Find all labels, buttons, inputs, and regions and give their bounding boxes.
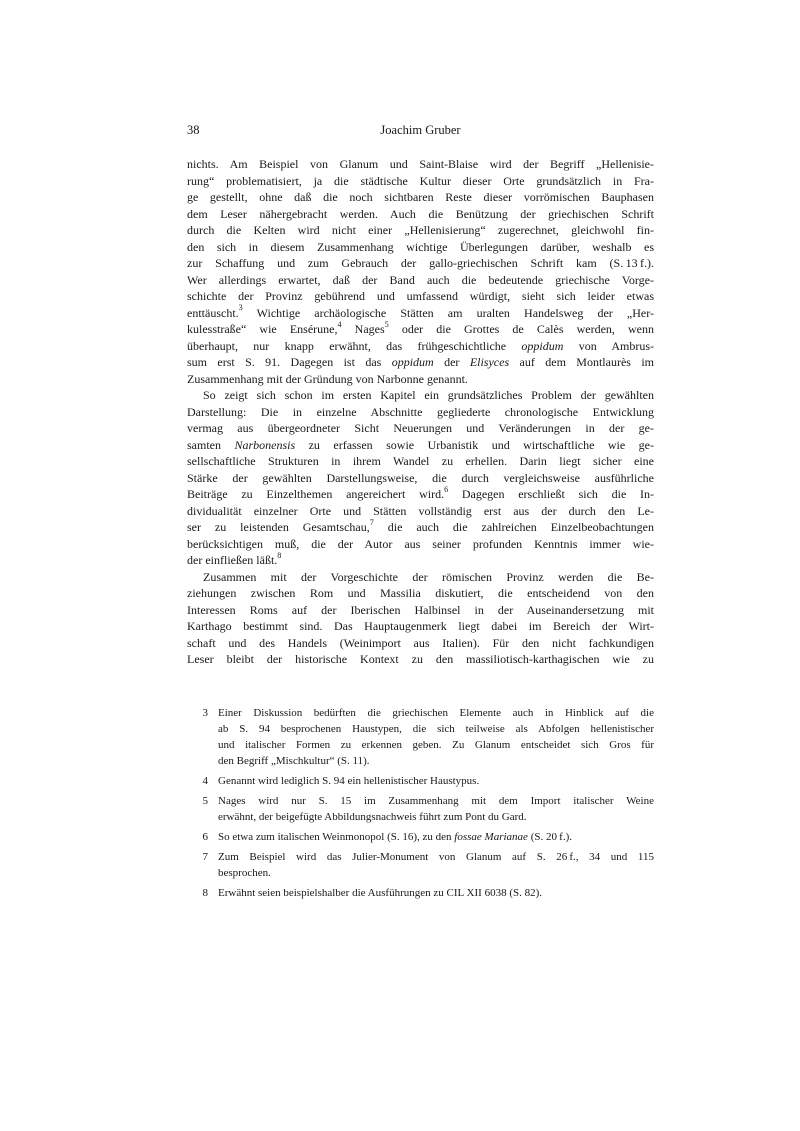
text-line: überhaupt, nur knapp erwähnt, das frühge… bbox=[187, 338, 654, 355]
footnote-number: 3 bbox=[187, 705, 218, 769]
text-line: schichte der Provinz gebührend und umfas… bbox=[187, 288, 654, 305]
paragraph: nichts. Am Beispiel von Glanum und Saint… bbox=[187, 156, 654, 387]
text-segment: überhaupt, nur knapp erwähnt, das frühge… bbox=[187, 339, 521, 353]
text-segment: Interessen Roms auf der Iberischen Halbi… bbox=[187, 603, 654, 617]
text-line: berücksichtigen muß, die der Autor aus s… bbox=[187, 536, 654, 553]
text-line: Nages wird nur S. 15 im Zusammenhang mit… bbox=[218, 793, 654, 809]
text-segment: Genannt wird lediglich S. 94 ein helleni… bbox=[218, 775, 479, 787]
text-line: Zusammen mit der Vorgeschichte der römis… bbox=[187, 569, 654, 586]
text-segment: Wer allerdings erwartet, daß der Band au… bbox=[187, 273, 654, 287]
footnote: 8Erwähnt seien beispielshalber die Ausfü… bbox=[187, 885, 654, 901]
text-line: der einfließen läßt.8 bbox=[187, 552, 654, 569]
text-segment: ziehungen zwischen Rom und Massilia disk… bbox=[187, 586, 654, 600]
text-line: sum erst S. 91. Dagegen ist das oppidum … bbox=[187, 354, 654, 371]
footnote-text: Erwähnt seien beispielshalber die Ausfüh… bbox=[218, 885, 654, 901]
text-segment: Karthago bestimmt sind. Das Hauptaugenme… bbox=[187, 619, 654, 633]
text-line: ab S. 94 besprochenen Haustypen, die sic… bbox=[218, 721, 654, 737]
text-segment: dem Leser nähergebracht werden. Auch die… bbox=[187, 207, 654, 221]
text-segment: Dagegen erschließt sich die In- bbox=[448, 487, 654, 501]
text-segment: ge gestellt, ohne daß die noch sichtbare… bbox=[187, 190, 654, 204]
text-segment: Einer Diskussion bedürften die griechisc… bbox=[218, 707, 654, 719]
running-title: Joachim Gruber bbox=[187, 122, 654, 139]
text-segment: schaft und des Handels (Weinimport aus I… bbox=[187, 636, 654, 650]
text-segment: schichte der Provinz gebührend und umfas… bbox=[187, 289, 654, 303]
text-segment: die auch die zahlreichen Einzelbeobachtu… bbox=[374, 520, 654, 534]
text-line: den sich in diesem Zusammenhang wichtige… bbox=[187, 239, 654, 256]
footnote-text: Zum Beispiel wird das Julier-Monument vo… bbox=[218, 849, 654, 881]
footnote: 5Nages wird nur S. 15 im Zusammenhang mi… bbox=[187, 793, 654, 825]
text-segment: Erwähnt seien beispielshalber die Ausfüh… bbox=[218, 887, 542, 899]
text-line: ser zu leistenden Gesamtschau,7 die auch… bbox=[187, 519, 654, 536]
text-line: dem Leser nähergebracht werden. Auch die… bbox=[187, 206, 654, 223]
body-text: nichts. Am Beispiel von Glanum und Saint… bbox=[187, 156, 654, 668]
text-line: und italischer Formen zu erkennen geben.… bbox=[218, 737, 654, 753]
italic-text: Narbonensis bbox=[234, 438, 295, 452]
text-segment: Nages bbox=[342, 322, 385, 336]
text-line: ziehungen zwischen Rom und Massilia disk… bbox=[187, 585, 654, 602]
page-number: 38 bbox=[187, 122, 200, 139]
text-segment: Zum Beispiel wird das Julier-Monument vo… bbox=[218, 851, 654, 863]
text-line: sellschaftliche Strukturen in ihrem Wand… bbox=[187, 453, 654, 470]
text-line: Beiträge zu Einzelthemen angereichert wi… bbox=[187, 486, 654, 503]
text-segment: vermag aus übergeordneter Sicht Neuerung… bbox=[187, 421, 654, 435]
text-segment: durch die Kelten wird nicht einer „Helle… bbox=[187, 223, 654, 237]
text-segment: (S. 20 f.). bbox=[528, 831, 572, 843]
text-line: So zeigt sich schon im ersten Kapitel ei… bbox=[187, 387, 654, 404]
italic-text: oppidum bbox=[392, 355, 434, 369]
text-line: Zum Beispiel wird das Julier-Monument vo… bbox=[218, 849, 654, 865]
text-segment: Zusammenhang mit der Gründung von Narbon… bbox=[187, 372, 468, 386]
footnote-number: 8 bbox=[187, 885, 218, 901]
footnote-ref: 8 bbox=[277, 551, 281, 560]
footnote-text: Nages wird nur S. 15 im Zusammenhang mit… bbox=[218, 793, 654, 825]
text-line: Darstellung: Die in einzelne Abschnitte … bbox=[187, 404, 654, 421]
text-segment: von Ambrus- bbox=[563, 339, 654, 353]
footnote-ref: 5 bbox=[385, 320, 389, 329]
footnote: 6So etwa zum italischen Weinmonopol (S. … bbox=[187, 829, 654, 845]
text-line: Zusammenhang mit der Gründung von Narbon… bbox=[187, 371, 654, 388]
text-segment: und italischer Formen zu erkennen geben.… bbox=[218, 739, 654, 751]
text-line: enttäuscht.3 Wichtige archäologische Stä… bbox=[187, 305, 654, 322]
footnote-number: 5 bbox=[187, 793, 218, 825]
text-segment: Wichtige archäologische Stätten am uralt… bbox=[243, 306, 654, 320]
text-line: schaft und des Handels (Weinimport aus I… bbox=[187, 635, 654, 652]
footnote-ref: 3 bbox=[239, 303, 243, 312]
text-line: vermag aus übergeordneter Sicht Neuerung… bbox=[187, 420, 654, 437]
text-segment: sellschaftliche Strukturen in ihrem Wand… bbox=[187, 454, 654, 468]
text-segment: oder die Grottes de Calès werden, wenn bbox=[389, 322, 654, 336]
italic-text: Elisyces bbox=[470, 355, 509, 369]
text-segment: den Begriff „Mischkultur“ (S. 11). bbox=[218, 755, 370, 767]
text-line: dividualität einzelner Orte und Stätten … bbox=[187, 503, 654, 520]
footnote-number: 7 bbox=[187, 849, 218, 881]
text-line: besprochen. bbox=[218, 865, 654, 881]
text-line: So etwa zum italischen Weinmonopol (S. 1… bbox=[218, 829, 654, 845]
text-line: Erwähnt seien beispielshalber die Ausfüh… bbox=[218, 885, 654, 901]
text-segment: sum erst S. 91. Dagegen ist das bbox=[187, 355, 392, 369]
text-segment: besprochen. bbox=[218, 867, 271, 879]
italic-text: oppidum bbox=[521, 339, 563, 353]
text-line: rung“ problematisiert, ja die städtische… bbox=[187, 173, 654, 190]
text-segment: So etwa zum italischen Weinmonopol (S. 1… bbox=[218, 831, 454, 843]
text-segment: rung“ problematisiert, ja die städtische… bbox=[187, 174, 654, 188]
text-segment: zu erfassen sowie Urbanistik und wirtsch… bbox=[295, 438, 654, 452]
text-segment: ser zu leistenden Gesamtschau, bbox=[187, 520, 370, 534]
text-segment: So zeigt sich schon im ersten Kapitel ei… bbox=[203, 388, 654, 402]
footnote-number: 4 bbox=[187, 773, 218, 789]
footnote: 7Zum Beispiel wird das Julier-Monument v… bbox=[187, 849, 654, 881]
footnote-text: So etwa zum italischen Weinmonopol (S. 1… bbox=[218, 829, 654, 845]
text-segment: Stärke der gewählten Darstellungsweise, … bbox=[187, 471, 654, 485]
text-segment: zur Schaffung und zum Gebrauch der gallo… bbox=[187, 256, 654, 270]
text-segment: Darstellung: Die in einzelne Abschnitte … bbox=[187, 405, 654, 419]
text-line: zur Schaffung und zum Gebrauch der gallo… bbox=[187, 255, 654, 272]
text-line: Stärke der gewählten Darstellungsweise, … bbox=[187, 470, 654, 487]
footnote: 4Genannt wird lediglich S. 94 ein hellen… bbox=[187, 773, 654, 789]
text-line: erwähnt, der beigefügte Abbildungsnachwe… bbox=[218, 809, 654, 825]
footnotes-section: 3Einer Diskussion bedürften die griechis… bbox=[187, 705, 654, 901]
text-segment: der einfließen läßt. bbox=[187, 553, 277, 567]
footnote-ref: 7 bbox=[370, 518, 374, 527]
italic-text: fossae Marianae bbox=[454, 831, 528, 843]
footnote-text: Genannt wird lediglich S. 94 ein helleni… bbox=[218, 773, 654, 789]
text-segment: Nages wird nur S. 15 im Zusammenhang mit… bbox=[218, 795, 654, 807]
text-line: Einer Diskussion bedürften die griechisc… bbox=[218, 705, 654, 721]
text-line: Genannt wird lediglich S. 94 ein helleni… bbox=[218, 773, 654, 789]
text-segment: den sich in diesem Zusammenhang wichtige… bbox=[187, 240, 654, 254]
text-line: kulesstraße“ wie Ensérune,4 Nages5 oder … bbox=[187, 321, 654, 338]
text-line: Leser bleibt der historische Kontext zu … bbox=[187, 651, 654, 668]
footnote-number: 6 bbox=[187, 829, 218, 845]
text-line: samten Narbonensis zu erfassen sowie Urb… bbox=[187, 437, 654, 454]
text-segment: enttäuscht. bbox=[187, 306, 239, 320]
scanned-document-page: 38 Joachim Gruber nichts. Am Beispiel vo… bbox=[0, 0, 800, 1131]
paragraph: So zeigt sich schon im ersten Kapitel ei… bbox=[187, 387, 654, 569]
footnote-ref: 4 bbox=[337, 320, 341, 329]
footnote: 3Einer Diskussion bedürften die griechis… bbox=[187, 705, 654, 769]
text-segment: nichts. Am Beispiel von Glanum und Saint… bbox=[187, 157, 654, 171]
text-segment: Beiträge zu Einzelthemen angereichert wi… bbox=[187, 487, 444, 501]
text-segment: berücksichtigen muß, die der Autor aus s… bbox=[187, 537, 654, 551]
footnote-ref: 6 bbox=[444, 485, 448, 494]
text-line: ge gestellt, ohne daß die noch sichtbare… bbox=[187, 189, 654, 206]
text-segment: Zusammen mit der Vorgeschichte der römis… bbox=[203, 570, 654, 584]
text-segment: dividualität einzelner Orte und Stätten … bbox=[187, 504, 654, 518]
text-line: Karthago bestimmt sind. Das Hauptaugenme… bbox=[187, 618, 654, 635]
text-segment: Leser bleibt der historische Kontext zu … bbox=[187, 652, 654, 666]
text-segment: ab S. 94 besprochenen Haustypen, die sic… bbox=[218, 723, 654, 735]
text-column: 38 Joachim Gruber nichts. Am Beispiel vo… bbox=[187, 122, 654, 905]
footnote-text: Einer Diskussion bedürften die griechisc… bbox=[218, 705, 654, 769]
text-segment: kulesstraße“ wie Ensérune, bbox=[187, 322, 337, 336]
text-line: den Begriff „Mischkultur“ (S. 11). bbox=[218, 753, 654, 769]
text-line: Interessen Roms auf der Iberischen Halbi… bbox=[187, 602, 654, 619]
text-segment: samten bbox=[187, 438, 234, 452]
text-segment: der bbox=[434, 355, 470, 369]
paragraph: Zusammen mit der Vorgeschichte der römis… bbox=[187, 569, 654, 668]
text-line: Wer allerdings erwartet, daß der Band au… bbox=[187, 272, 654, 289]
running-header: 38 Joachim Gruber bbox=[187, 122, 654, 139]
text-line: durch die Kelten wird nicht einer „Helle… bbox=[187, 222, 654, 239]
text-line: nichts. Am Beispiel von Glanum und Saint… bbox=[187, 156, 654, 173]
text-segment: auf dem Montlaurès im bbox=[509, 355, 654, 369]
text-segment: erwähnt, der beigefügte Abbildungsnachwe… bbox=[218, 811, 527, 823]
